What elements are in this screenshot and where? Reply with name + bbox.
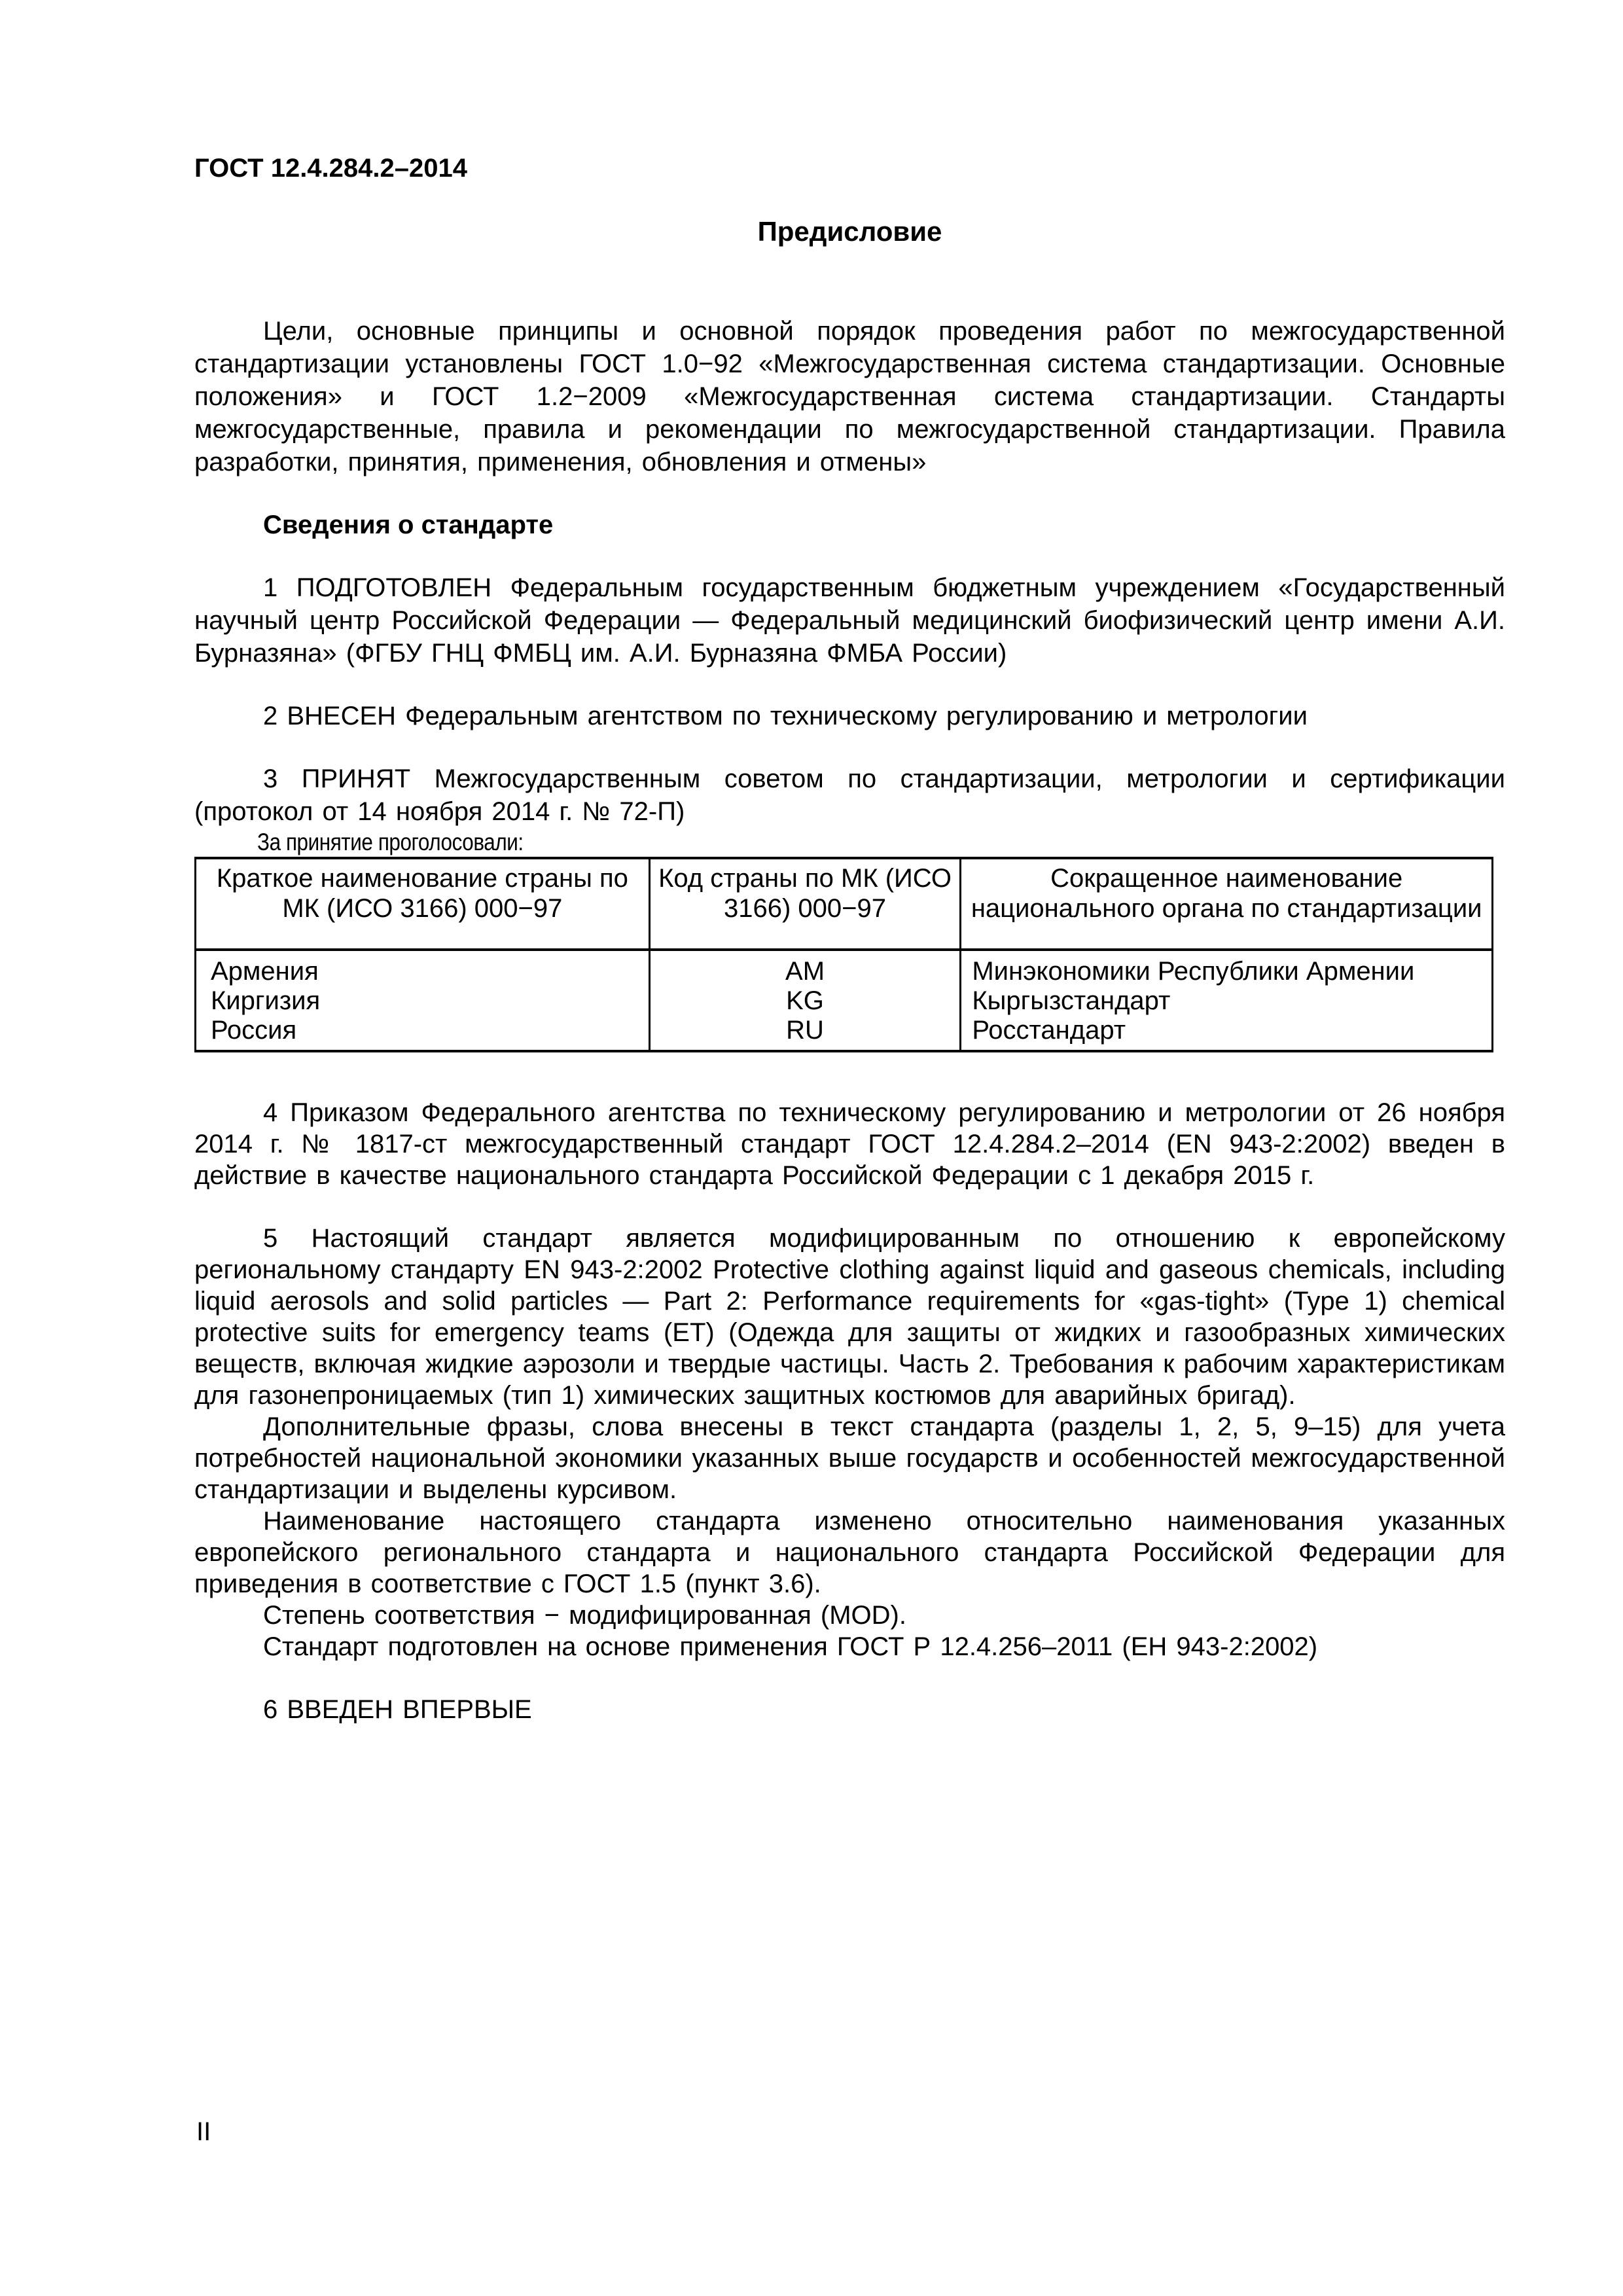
intro-paragraph: Цели, основные принципы и основной поряд…: [194, 315, 1505, 478]
standard-info-heading: Сведения о стандарте: [194, 509, 1505, 541]
basis-line: Стандарт подготовлен на основе применени…: [194, 1631, 1505, 1662]
org-cell: Росстандарт: [961, 1016, 1493, 1051]
country-cell: Армения: [196, 950, 650, 986]
order-paragraph: 4 Приказом Федерального агентства по тех…: [194, 1097, 1505, 1191]
code-cell: KG: [649, 986, 961, 1016]
vote-caption-text: За принятие проголосовали:: [257, 828, 524, 857]
code-cell: RU: [649, 1016, 961, 1051]
document-code: ГОСТ 12.4.284.2–2014: [194, 152, 1505, 185]
document-content: ГОСТ 12.4.284.2–2014 Предисловие Цели, о…: [194, 152, 1505, 1725]
vote-table: Краткое наименование страны по МК (ИСО 3…: [194, 857, 1493, 1052]
introduced-first-time-line: 6 ВВЕДЕН ВПЕРВЫЕ: [194, 1694, 1505, 1725]
modified-standard-paragraph: 5 Настоящий стандарт является модифициро…: [194, 1223, 1505, 1411]
org-cell: Минэкономики Республики Армении: [961, 950, 1493, 986]
vote-caption: За принятие проголосовали:: [194, 828, 1505, 857]
org-cell: Кыргызстандарт: [961, 986, 1493, 1016]
page-title: Предисловие: [194, 215, 1505, 248]
naming-paragraph: Наименование настоящего стандарта измене…: [194, 1505, 1505, 1600]
submitted-by-paragraph: 2 ВНЕСЕН Федеральным агентством по техни…: [194, 700, 1505, 732]
vote-table-header-country: Краткое наименование страны по МК (ИСО 3…: [196, 858, 650, 950]
country-cell: Киргизия: [196, 986, 650, 1016]
table-row: Киргизия KG Кыргызстандарт: [196, 986, 1493, 1016]
vote-table-header-org: Сокращенное наименование национального о…: [961, 858, 1493, 950]
document-page: ГОСТ 12.4.284.2–2014 Предисловие Цели, о…: [0, 0, 1623, 2296]
prepared-by-paragraph: 1 ПОДГОТОВЛЕН Федеральным государственны…: [194, 571, 1505, 670]
code-cell: AM: [649, 950, 961, 986]
vote-table-header-code: Код страны по МК (ИСО 3166) 000−97: [649, 858, 961, 950]
vote-table-header-row: Краткое наименование страны по МК (ИСО 3…: [196, 858, 1493, 950]
page-number: II: [196, 2115, 211, 2148]
adopted-by-paragraph: 3 ПРИНЯТ Межгосударственным советом по с…: [194, 762, 1505, 828]
table-row: Армения AM Минэкономики Республики Армен…: [196, 950, 1493, 986]
table-row: Россия RU Росстандарт: [196, 1016, 1493, 1051]
additional-phrases-paragraph: Дополнительные фразы, слова внесены в те…: [194, 1411, 1505, 1505]
country-cell: Россия: [196, 1016, 650, 1051]
conformity-degree-line: Степень соответствия − модифицированная …: [194, 1600, 1505, 1631]
